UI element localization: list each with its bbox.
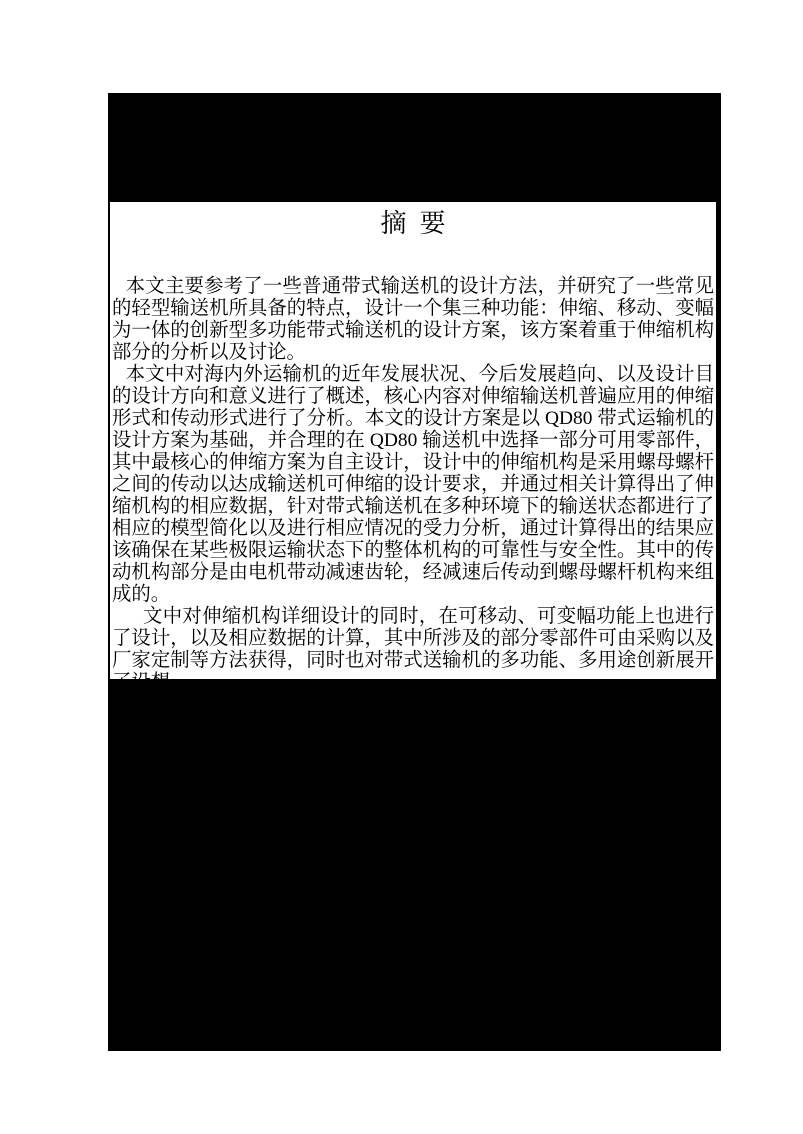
abstract-title: 摘 要 [112, 208, 714, 240]
abstract-paragraph-2: 本文中对海内外运输机的近年发展状况、今后发展趋向、以及设计目的设计方向和意义进行… [112, 364, 714, 606]
keywords-line: 关键词 带式输送机；伸缩；移动；变幅 [112, 699, 714, 721]
abstract-paragraph-3: 文中对伸缩机构详细设计的同时，在可移动、可变幅功能上也进行了设计，以及相应数据的… [112, 606, 714, 694]
abstract-paragraph-1: 本文主要参考了一些普通带式输送机的设计方法，并研究了一些常见的轻型输送机所具备的… [112, 276, 714, 364]
document-page: 摘 要 本文主要参考了一些普通带式输送机的设计方法，并研究了一些常见的轻型输送机… [0, 0, 803, 1134]
abstract-content-box: 摘 要 本文主要参考了一些普通带式输送机的设计方法，并研究了一些常见的轻型输送机… [110, 202, 716, 679]
scanned-image-black-background: 摘 要 本文主要参考了一些普通带式输送机的设计方法，并研究了一些常见的轻型输送机… [108, 93, 721, 1051]
